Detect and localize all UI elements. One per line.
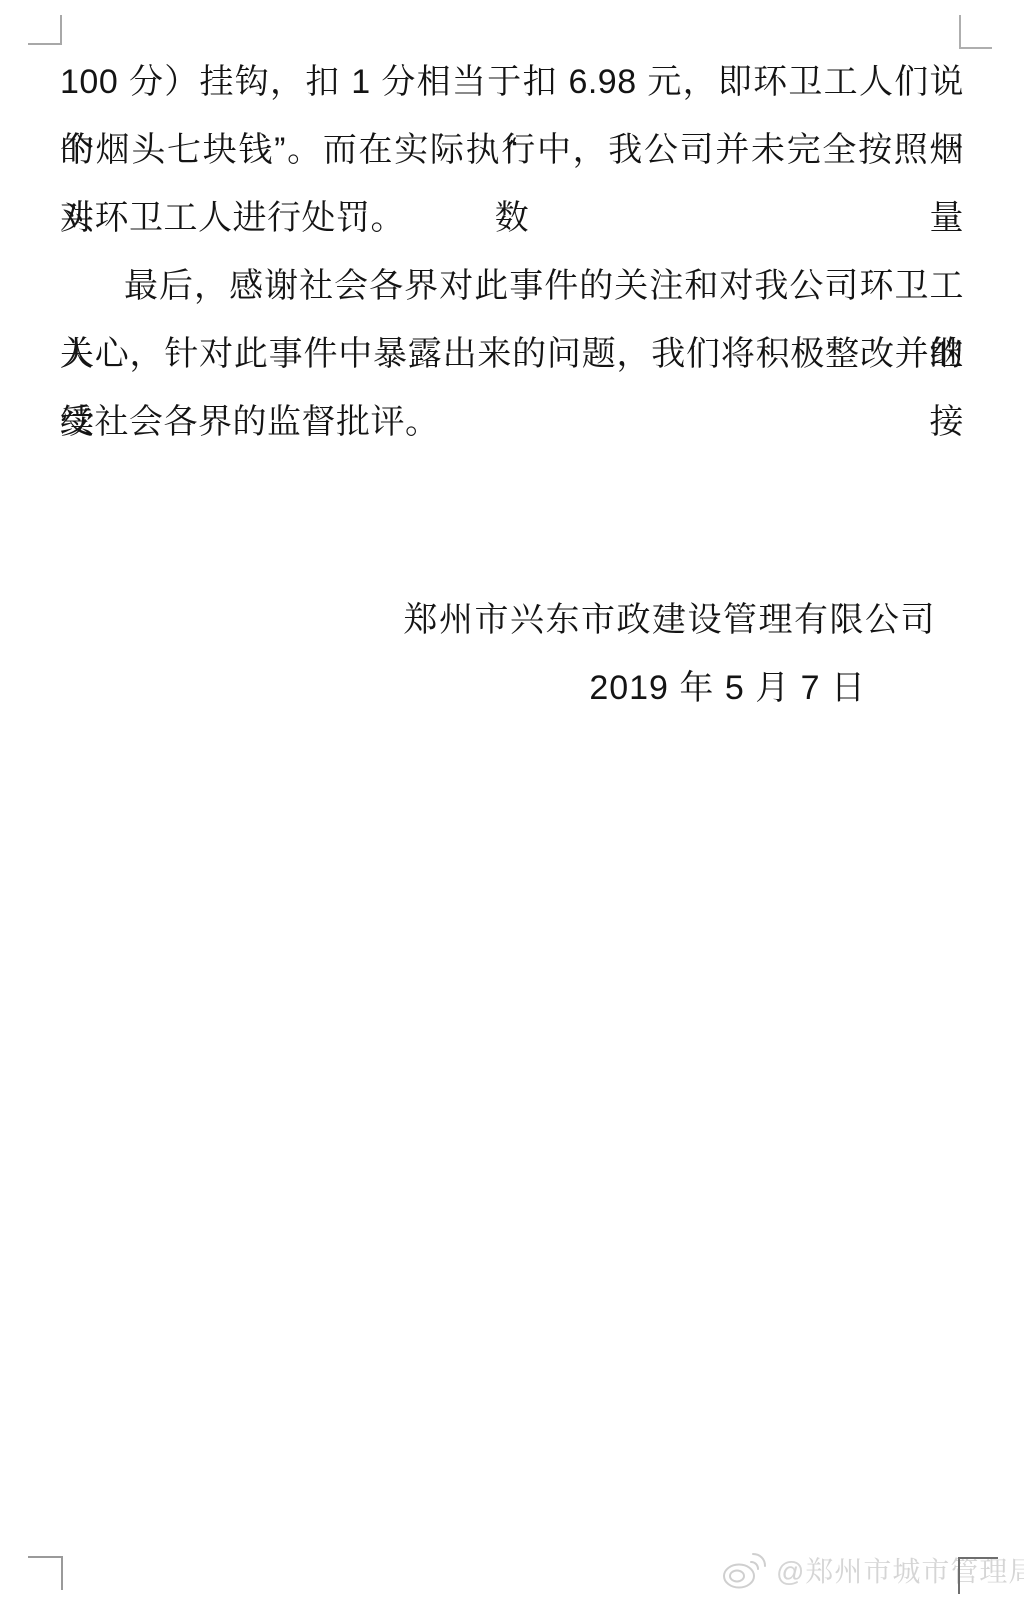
body-line: 关心，针对此事件中暴露出来的问题，我们将积极整改并继续接 [60,320,964,388]
body-line: 个烟头七块钱”。而在实际执行中，我公司并未完全按照烟头数量 [60,116,964,184]
crop-mark-bottom-right [958,1557,998,1594]
document-page: 100 分）挂钩，扣 1 分相当于扣 6.98 元，即环卫工人们说的“一 个烟头… [0,0,1024,1602]
body-line: 最后，感谢社会各界对此事件的关注和对我公司环卫工人的 [60,252,964,320]
crop-mark-top-left [28,15,62,45]
signature-date: 2019 年 5 月 7 日 [60,654,964,722]
body-line: 100 分）挂钩，扣 1 分相当于扣 6.98 元，即环卫工人们说的“一 [60,48,964,116]
document-body: 100 分）挂钩，扣 1 分相当于扣 6.98 元，即环卫工人们说的“一 个烟头… [60,48,964,722]
crop-mark-bottom-left [28,1556,63,1590]
weibo-logo-icon [720,1548,768,1590]
crop-mark-top-right [959,15,992,49]
signature-company: 郑州市兴东市政建设管理有限公司 [60,586,964,654]
